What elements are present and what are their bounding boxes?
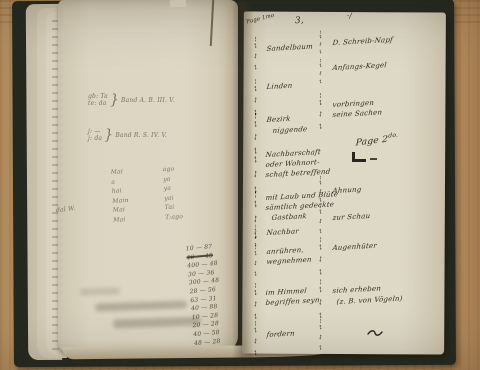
end-flourish [366,328,384,338]
note-line: gb: Ta [88,93,108,100]
manchu-script-glyph [315,236,326,282]
note-ref: Band A. B. III. V. [121,97,175,104]
note-ref: Band R. S. IV. V. [115,132,167,139]
manchu-script-glyph [250,320,261,362]
corner-mark [352,152,366,162]
entry-word: Ahnung [332,184,362,195]
pair-right: ya [163,174,171,184]
page2-superscript: do. [388,131,398,139]
pair-right: Tai [164,203,174,213]
note-line: j: da [88,135,102,142]
entry-word: Nachbar [266,226,299,238]
note-line: j: — [88,128,102,135]
brace-glyph: } [110,92,119,108]
entry-word: Linden [266,81,293,92]
manchu-script-glyph [250,244,261,282]
pencil-note-2: j: — j: da } Band R. S. IV. V. [88,127,167,143]
brace-glyph: } [104,127,113,143]
manchu-script-glyph [315,58,326,88]
pencil-word-pairs: Maiago aya haiya Mainyai MaiTai MaiT:ago [111,164,184,225]
entry-word: niggende [272,124,308,136]
entry-word: fordern [266,329,295,340]
pencil-note-1: gb: Ta te: da } Band A. B. III. V. [88,92,175,108]
pair-right: T:ago [165,212,183,222]
manchu-script-glyph [250,36,261,76]
paper-fragment [170,0,186,7]
manchu-script-glyph [315,30,326,58]
corner-dash [370,158,377,160]
pair-right: ya [163,184,171,194]
entry-word: Bezirk [266,114,291,125]
photo-open-manuscript-book: gb: Ta te: da } Band A. B. III. V. j: — … [0,0,480,370]
note-line: te: da [88,100,108,107]
erased-writing-smudge [80,287,120,295]
pair-right: yai [164,193,174,203]
manchu-script-glyph [315,318,326,356]
column2-mark: ·/ [347,12,352,20]
entry-word: zur Schau [332,211,371,223]
manchu-script-glyph [315,92,326,136]
column-number: 3, [295,16,305,27]
entry-word: Gastbank [271,211,307,223]
pair-right: ago [162,165,174,175]
